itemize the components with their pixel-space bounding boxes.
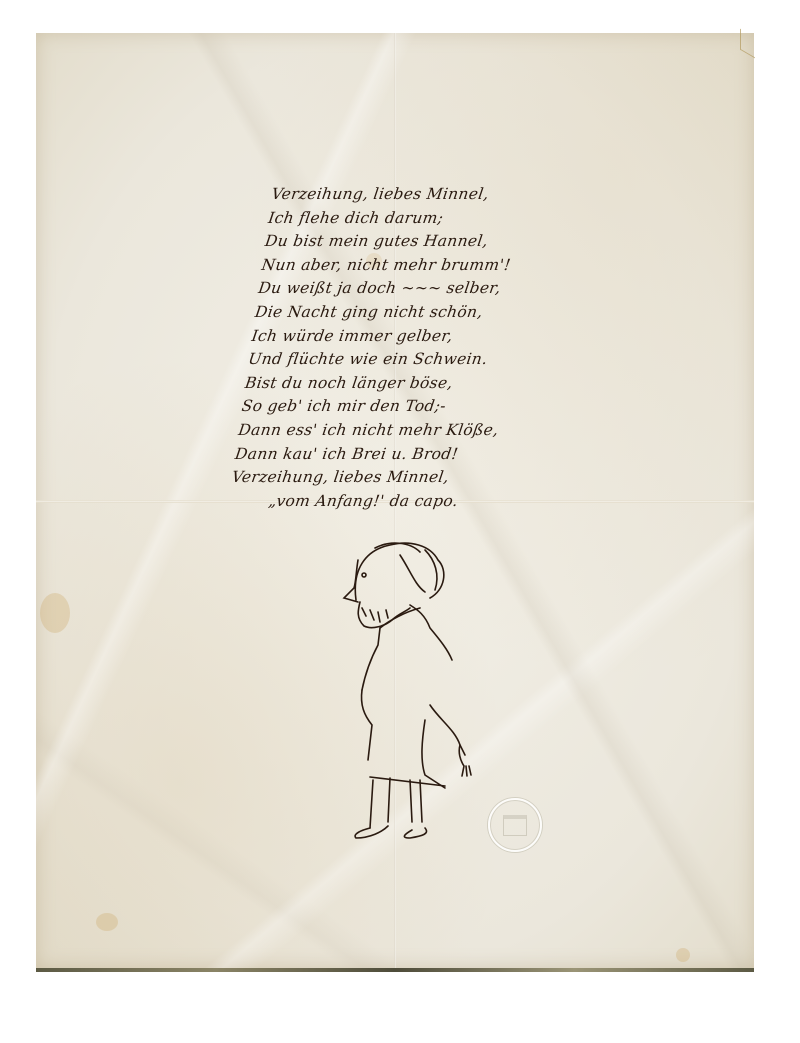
poem-line: So geb' ich mir den Tod;- [240,395,543,419]
poem-line: Und flüchte wie ein Schwein. [247,348,550,372]
poem-line: „vom Anfang!' da capo. [227,490,530,514]
poem-line: Dann ess' ich nicht mehr Klöße, [237,419,540,443]
foxing-stain [676,948,690,962]
foxing-stain [40,593,70,633]
poem-line: Dann kau' ich Brei u. Brod! [233,443,536,467]
embossed-stamp [488,798,542,852]
poem-line: Du weißt ja doch ~~~ selber, [257,277,560,301]
caricature-sketch [330,530,500,840]
poem-text: Verzeihung, liebes Minnel, Ich flehe dic… [227,183,573,513]
poem-line: Nun aber, nicht mehr brumm'! [260,254,563,278]
poem-line: Verzeihung, liebes Minnel, [230,466,533,490]
building-seal-icon [503,815,527,836]
poem-line: Die Nacht ging nicht schön, [253,301,556,325]
poem-line: Ich flehe dich darum; [267,207,570,231]
scan-bottom-edge [36,968,754,972]
foxing-stain [96,913,118,931]
poem-line: Du bist mein gutes Hannel, [263,230,566,254]
poem-line: Bist du noch länger böse, [243,372,546,396]
poem-line: Ich würde immer gelber, [250,325,553,349]
poem-line: Verzeihung, liebes Minnel, [270,183,573,207]
